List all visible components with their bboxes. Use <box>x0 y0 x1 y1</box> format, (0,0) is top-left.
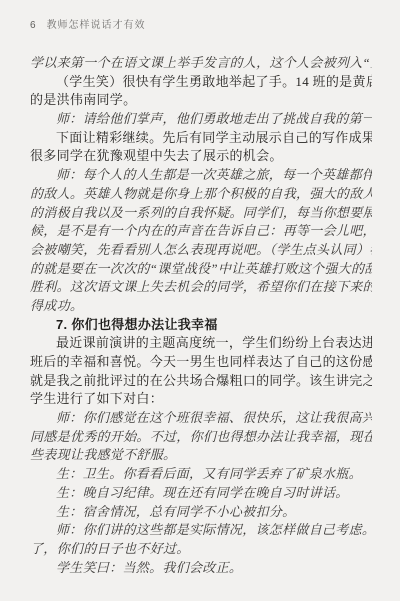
text-line: 师：请给他们掌声，他们勇敢地走出了挑战自我的第一步。 <box>30 110 372 129</box>
text-line: 胜利。这次语文课上失去机会的同学，希望你们在接下来的化学课上取 <box>30 278 372 297</box>
text-line: 很多同学在犹豫观望中失去了展示的机会。 <box>30 147 372 166</box>
text-line: （学生笑）很快有学生勇敢地举起了手。14 班的是黄启伦同学，13 班 <box>30 73 372 92</box>
page-header: 6教师怎样说话才有效 <box>30 16 370 31</box>
text-line: 学生笑曰：当然。我们会改正。 <box>30 559 372 578</box>
text-line: 师：你们讲的这些都是实际情况，该怎样做自己考虑。为师不高兴 <box>30 521 372 540</box>
book-page: 6教师怎样说话才有效 学以来第一个在语文课上举手发言的人，这个人会被列入“史册”… <box>0 0 400 601</box>
text-line: 就是我之前批评过的在公共场合爆粗口的同学。该生讲完之后，我和全体 <box>30 372 372 391</box>
text-line: 候，是不是有一个内在的声音在告诉自己：再等一会儿吧，我说得不好 <box>30 222 372 241</box>
page-number: 6 <box>30 20 37 31</box>
text-line: 学以来第一个在语文课上举手发言的人，这个人会被列入“史册”。 <box>30 54 372 73</box>
text-line: 的敌人。英雄人物就是你身上那个积极的自我，强大的敌人就是你身上 <box>30 185 372 204</box>
text-line: 同感是优秀的开始。不过，你们也得想办法让我幸福，现在说说你们的哪 <box>30 428 372 447</box>
section-heading: 7. 你们也得想办法让我幸福 <box>30 316 372 335</box>
text-line: 生：卫生。你看看后面，又有同学丢弃了矿泉水瓶。 <box>30 465 372 484</box>
text-line: 生：晚自习纪律。现在还有同学在晚自习时讲话。 <box>30 484 372 503</box>
text-line: 些表现让我感觉不舒服。 <box>30 446 372 465</box>
text-line: 的就是要在一次次的“课堂战役”中让英雄打败这个强大的敌人，取得 <box>30 260 372 279</box>
running-title: 教师怎样说话才有效 <box>47 20 146 31</box>
text-line: 生：宿舍情况，总有同学不小心被扣分。 <box>30 503 372 522</box>
text-line: 的是洪伟南同学。 <box>30 91 372 110</box>
text-line: 了，你们的日子也不好过。 <box>30 540 372 559</box>
text-line: 最近课前演讲的主题高度统一，学生们纷纷上台表达进入高一（14） <box>30 334 372 353</box>
text-line: 班后的幸福和喜悦。今天一男生也同样表达了自己的这份感受，而该男生 <box>30 353 372 372</box>
text-line: 师：每个人的人生都是一次英雄之旅，每一个英雄都伴有一个强大 <box>30 166 372 185</box>
text-line: 会被嘲笑，先看看别人怎么表现再说吧。（学生点头认同）我们需要做 <box>30 241 372 260</box>
text-line: 的消极自我以及一系列的自我怀疑。同学们，每当你想要展示自我的时 <box>30 204 372 223</box>
body-text: 学以来第一个在语文课上举手发言的人，这个人会被列入“史册”。（学生笑）很快有学生… <box>30 54 372 577</box>
text-line: 师：你们感觉在这个班很幸福、很快乐，这让我很高兴。对班级的认 <box>30 409 372 428</box>
text-line: 下面让精彩继续。先后有同学主动展示自己的写作成果。当然还是有 <box>30 129 372 148</box>
text-line: 得成功。 <box>30 297 372 316</box>
text-line: 学生进行了如下对白： <box>30 390 372 409</box>
